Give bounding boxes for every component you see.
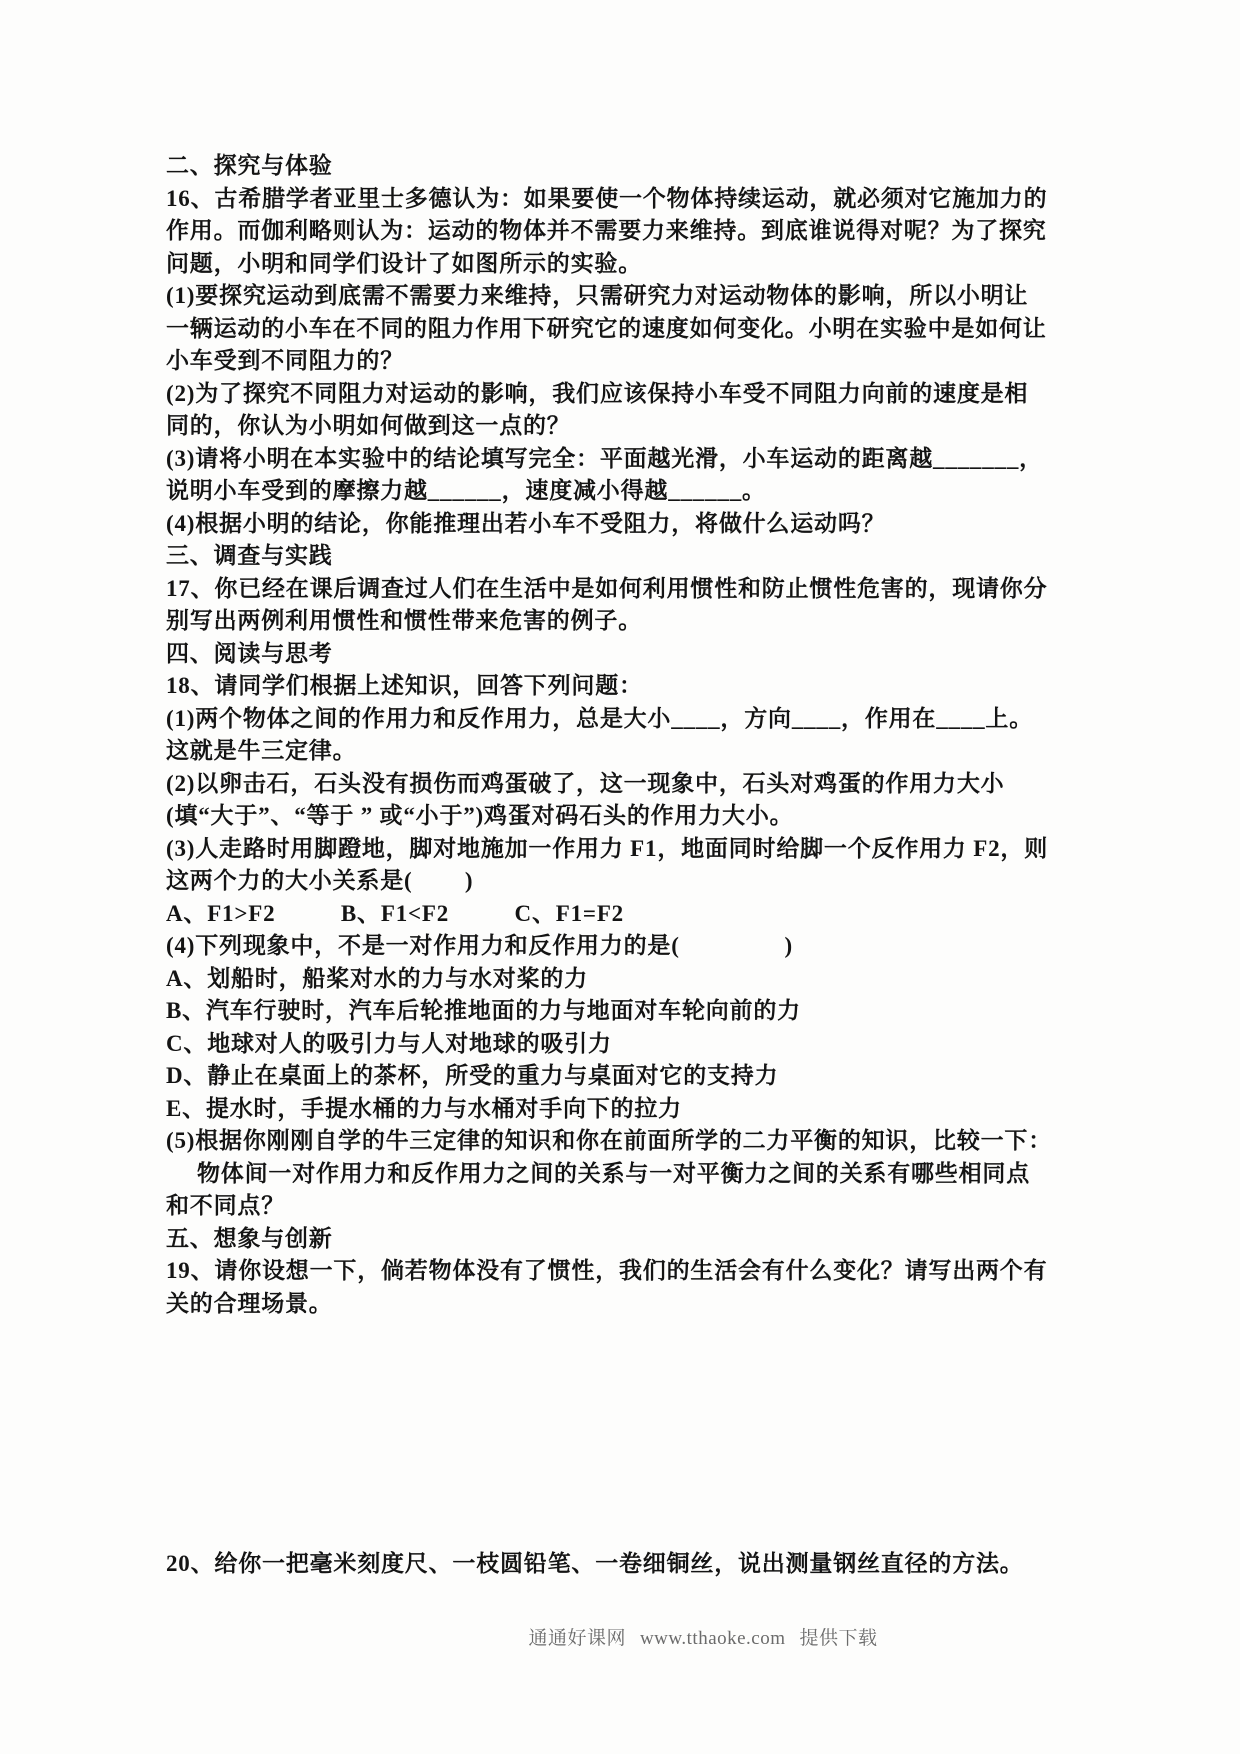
q19-line-2: 关的合理场景。 [166, 1288, 1240, 1321]
q18-part3-choices: A、F1>F2 B、F1<F2 C、F1=F2 [166, 898, 1240, 931]
q16-part1-line-3: 小车受到不同阻力的？ [166, 345, 1240, 378]
q16-line-1: 16、古希腊学者亚里士多德认为：如果要使一个物体持续运动，就必须对它施加力的 [166, 183, 1240, 216]
q18-part5-line-3: 和不同点？ [166, 1190, 1240, 1223]
q18-part2-line-2: (填“大于”、“等于 ” 或“小于”)鸡蛋对码石头的作用力大小。 [166, 800, 1240, 833]
q16-part3-line-2: 说明小车受到的摩擦力越______，速度减小得越______。 [166, 475, 1240, 508]
q17-line-1: 17、你已经在课后调查过人们在生活中是如何利用惯性和防止惯性危害的，现请你分 [166, 573, 1240, 606]
q16-part2-line-2: 同的，你认为小明如何做到这一点的？ [166, 410, 1240, 443]
q16-part2-line-1: (2)为了探究不同阻力对运动的影响，我们应该保持小车受不同阻力向前的速度是相 [166, 378, 1240, 411]
q16-part1-line-1: (1)要探究运动到底需不需要力来维持，只需研究力对运动物体的影响，所以小明让 [166, 280, 1240, 313]
footer-download-label: 提供下载 [800, 1628, 878, 1649]
q18-part1-line-2: 这就是牛三定律。 [166, 735, 1240, 768]
worksheet-body: 二、探究与体验 16、古希腊学者亚里士多德认为：如果要使一个物体持续运动，就必须… [0, 0, 1240, 1652]
q18-part4-stem: (4)下列现象中，不是一对作用力和反作用力的是( ) [166, 930, 1240, 963]
section-heading-3: 三、调查与实践 [166, 540, 1240, 573]
blank-space [166, 1320, 1240, 1548]
q16-line-2: 作用。而伽利略则认为：运动的物体并不需要力来维持。到底谁说得对呢？为了探究 [166, 215, 1240, 248]
q18-part2-line-1: (2)以卵击石，石头没有损伤而鸡蛋破了，这一现象中，石头对鸡蛋的作用力大小 [166, 768, 1240, 801]
section-heading-2: 二、探究与体验 [166, 150, 1240, 183]
q18-part1-line-1: (1)两个物体之间的作用力和反作用力，总是大小____，方向____，作用在__… [166, 703, 1240, 736]
q18-intro: 18、请同学们根据上述知识，回答下列问题： [166, 670, 1240, 703]
section-heading-5: 五、想象与创新 [166, 1223, 1240, 1256]
q18-part3-line-2: 这两个力的大小关系是( ) [166, 865, 1240, 898]
section-heading-4: 四、阅读与思考 [166, 638, 1240, 671]
footer-url: www.tthaoke.com [640, 1628, 786, 1649]
footer-watermark: 通通好课网www.tthaoke.com提供下载 [166, 1626, 1240, 1652]
q16-part4: (4)根据小明的结论，你能推理出若小车不受阻力，将做什么运动吗？ [166, 508, 1240, 541]
q18-part4-option-d: D、静止在桌面上的茶杯，所受的重力与桌面对它的支持力 [166, 1060, 1240, 1093]
q18-part4-option-e: E、提水时，手提水桶的力与水桶对手向下的拉力 [166, 1093, 1240, 1126]
q20-line: 20、给你一把毫米刻度尺、一枝圆铅笔、一卷细铜丝，说出测量钢丝直径的方法。 [166, 1548, 1240, 1581]
q16-part3-line-1: (3)请将小明在本实验中的结论填写完全：平面越光滑，小车运动的距离越______… [166, 443, 1240, 476]
worksheet-page: 二、探究与体验 16、古希腊学者亚里士多德认为：如果要使一个物体持续运动，就必须… [0, 0, 1240, 1754]
q16-part1-line-2: 一辆运动的小车在不同的阻力作用下研究它的速度如何变化。小明在实验中是如何让 [166, 313, 1240, 346]
q19-line-1: 19、请你设想一下，倘若物体没有了惯性，我们的生活会有什么变化？请写出两个有 [166, 1255, 1240, 1288]
q16-line-3: 问题，小明和同学们设计了如图所示的实验。 [166, 248, 1240, 281]
footer-site-name: 通通好课网 [528, 1628, 626, 1649]
q18-part4-option-b: B、汽车行驶时，汽车后轮推地面的力与地面对车轮向前的力 [166, 995, 1240, 1028]
q18-part5-line-2: 物体间一对作用力和反作用力之间的关系与一对平衡力之间的关系有哪些相同点 [166, 1158, 1240, 1191]
q18-part4-option-a: A、划船时，船桨对水的力与水对桨的力 [166, 963, 1240, 996]
q18-part3-line-1: (3)人走路时用脚蹬地，脚对地施加一作用力 F1，地面同时给脚一个反作用力 F2… [166, 833, 1240, 866]
q18-part5-line-1: (5)根据你刚刚自学的牛三定律的知识和你在前面所学的二力平衡的知识，比较一下： [166, 1125, 1240, 1158]
q17-line-2: 别写出两例利用惯性和惯性带来危害的例子。 [166, 605, 1240, 638]
q18-part4-option-c: C、地球对人的吸引力与人对地球的吸引力 [166, 1028, 1240, 1061]
